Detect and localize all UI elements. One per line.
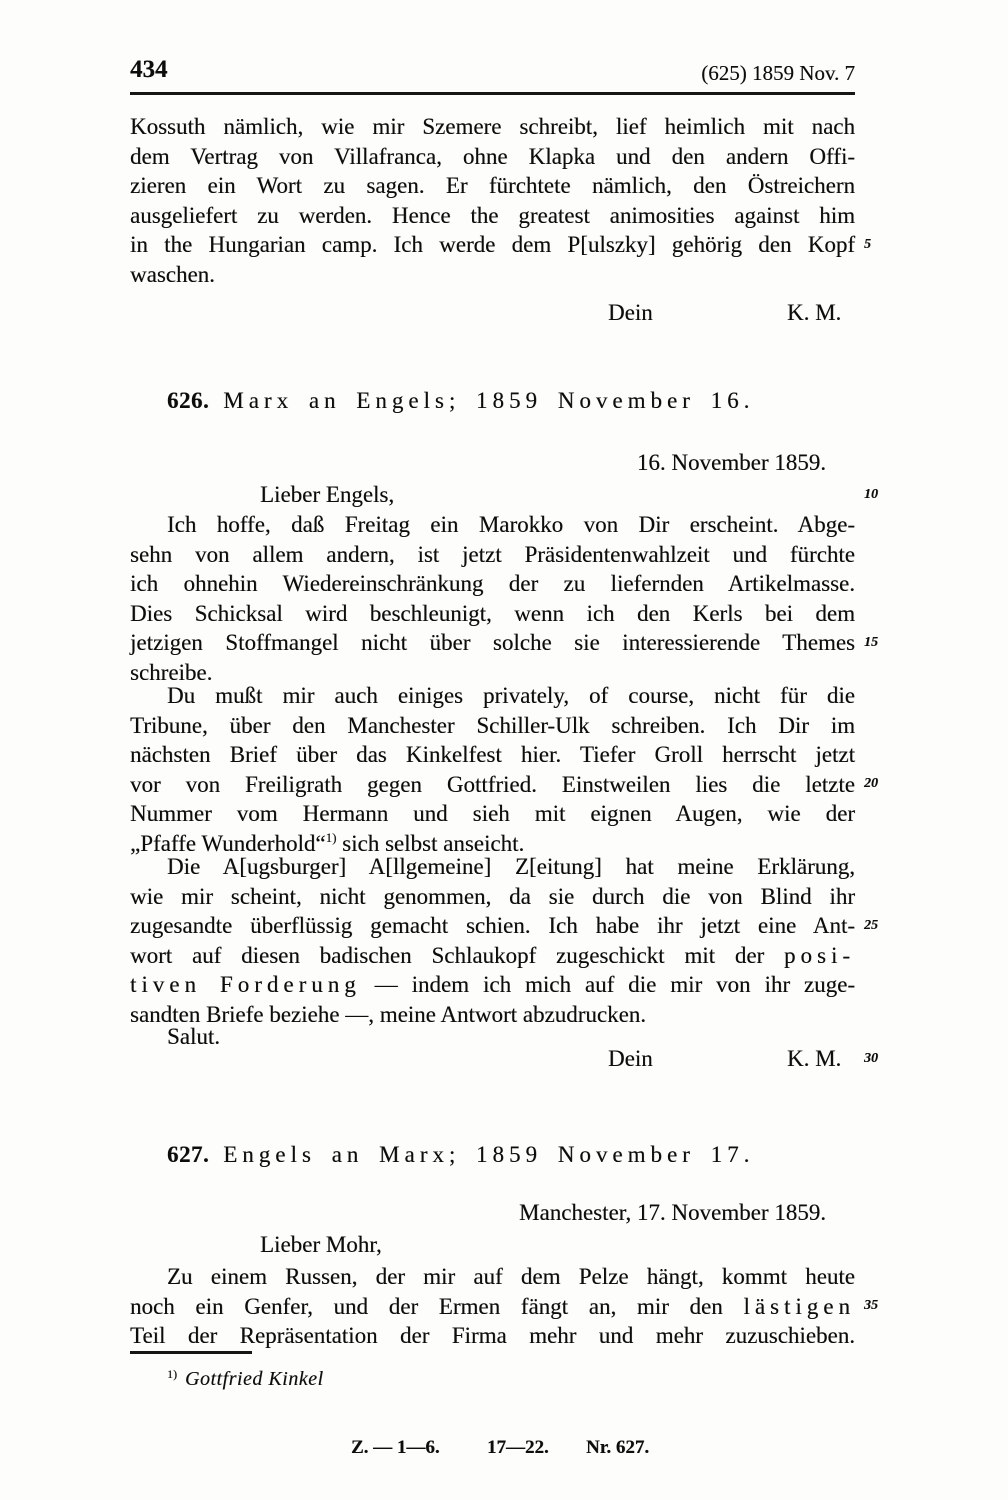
margin-line-number-10: 10 bbox=[864, 488, 878, 502]
letter-626-closing: Dein K. M. bbox=[130, 1044, 855, 1074]
text-line: zieren ein Wort zu sagen. Er fürchtete n… bbox=[130, 171, 855, 201]
text-line: Tribune, über den Manchester Schiller-Ul… bbox=[130, 711, 855, 741]
text-line: Zu einem Russen, der mir auf dem Pelze h… bbox=[130, 1262, 855, 1292]
text-line: Ich hoffe, daß Freitag ein Marokko von D… bbox=[130, 510, 855, 540]
signature-mark: Z. — 1—6. bbox=[351, 1435, 440, 1461]
text-line: Teil der Repräsentation der Firma mehr u… bbox=[130, 1321, 855, 1351]
margin-line-number-30: 30 bbox=[864, 1052, 878, 1066]
text-line: noch ein Genfer, und der Ermen fängt an,… bbox=[130, 1292, 855, 1322]
valediction: Dein bbox=[608, 1044, 653, 1074]
footnote-text: Gottfried Kinkel bbox=[185, 1368, 324, 1390]
letter-number: 627. bbox=[167, 1142, 209, 1167]
text-line: waschen. bbox=[130, 260, 855, 290]
emphasized-word: lästigen bbox=[743, 1294, 855, 1319]
letter-title: Marx an Engels; 1859 November 16. bbox=[223, 388, 754, 413]
letter-627-dateline: Manchester, 17. November 1859. bbox=[130, 1198, 855, 1228]
letter-626-heading: 626.Marx an Engels; 1859 November 16. bbox=[130, 386, 855, 416]
footer-signature-line: Z. — 1—6. 17—22. Nr. 627. bbox=[0, 1435, 1008, 1461]
letter-627-paragraph-1: Zu einem Russen, der mir auf dem Pelze h… bbox=[130, 1262, 855, 1351]
text-line: Dies Schicksal wird beschleunigt, wenn i… bbox=[130, 599, 855, 629]
text-line: tiven Forderung — indem ich mich auf die… bbox=[130, 970, 855, 1000]
margin-line-number-25: 25 bbox=[864, 919, 878, 933]
text-line: wort auf diesen badischen Schlaukopf zug… bbox=[130, 941, 855, 971]
letter-626-paragraph-1: Ich hoffe, daß Freitag ein Marokko von D… bbox=[130, 510, 855, 687]
letter-625-body: Kossuth nämlich, wie mir Szemere schreib… bbox=[130, 112, 855, 289]
text-fragment: noch ein Genfer, und der Ermen fängt an,… bbox=[130, 1294, 743, 1319]
text-line: Die A[ugsburger] A[llgemeine] Z[eitung] … bbox=[130, 852, 855, 882]
text-line: wie mir scheint, nicht genommen, da sie … bbox=[130, 882, 855, 912]
book-page: 434 (625) 1859 Nov. 7 Kossuth nämlich, w… bbox=[0, 0, 1008, 1500]
letter-number-mark: Nr. 627. bbox=[586, 1435, 649, 1461]
letter-627-heading: 627.Engels an Marx; 1859 November 17. bbox=[130, 1140, 855, 1170]
text-line: in the Hungarian camp. Ich werde dem P[u… bbox=[130, 230, 855, 260]
letter-number: 626. bbox=[167, 388, 209, 413]
letter-627-salutation: Lieber Mohr, bbox=[130, 1230, 855, 1260]
emphasized-word: tiven Forderung bbox=[130, 972, 361, 997]
text-line: Nummer vom Hermann und sieh mit eignen A… bbox=[130, 799, 855, 829]
letter-625-closing: Dein K. M. bbox=[130, 298, 855, 328]
footnote-reference: 1) bbox=[326, 830, 337, 845]
header-citation: (625) 1859 Nov. 7 bbox=[130, 61, 855, 86]
text-line: ich ohnehin Wiedereinschränkung der zu l… bbox=[130, 569, 855, 599]
text-line: nächsten Brief über das Kinkelfest hier.… bbox=[130, 740, 855, 770]
text-line: jetzigen Stoffmangel nicht über solche s… bbox=[130, 628, 855, 658]
margin-line-number-20: 20 bbox=[864, 777, 878, 791]
signature: K. M. bbox=[787, 298, 841, 328]
letter-title: Engels an Marx; 1859 November 17. bbox=[223, 1142, 754, 1167]
letter-626-dateline: 16. November 1859. bbox=[130, 448, 855, 478]
gathering-mark: 17—22. bbox=[487, 1435, 549, 1461]
margin-line-number-15: 15 bbox=[864, 636, 878, 650]
letter-626-paragraph-2: Du mußt mir auch einiges privately, of c… bbox=[130, 681, 855, 858]
text-line: Du mußt mir auch einiges privately, of c… bbox=[130, 681, 855, 711]
footnote-rule bbox=[130, 1351, 252, 1354]
valediction: Dein bbox=[608, 298, 653, 328]
text-line: sehn von allem andern, ist jetzt Präside… bbox=[130, 540, 855, 570]
text-line: Kossuth nämlich, wie mir Szemere schreib… bbox=[130, 112, 855, 142]
letter-626-paragraph-3: Die A[ugsburger] A[llgemeine] Z[eitung] … bbox=[130, 852, 855, 1029]
text-fragment: — indem ich mich auf die mir von ihr zug… bbox=[361, 972, 855, 997]
text-line: ausgeliefert zu werden. Hence the greate… bbox=[130, 201, 855, 231]
footnote: 1)Gottfried Kinkel bbox=[130, 1360, 855, 1388]
margin-line-number-5: 5 bbox=[864, 238, 871, 252]
text-line: dem Vertrag von Villafranca, ohne Klapka… bbox=[130, 142, 855, 172]
signature: K. M. bbox=[787, 1044, 841, 1074]
header-rule bbox=[130, 92, 855, 95]
text-line: zugesandte überflüssig gemacht schien. I… bbox=[130, 911, 855, 941]
margin-line-number-35: 35 bbox=[864, 1299, 878, 1313]
emphasized-word: posi- bbox=[784, 943, 855, 968]
footnote-marker: 1) bbox=[167, 1367, 177, 1381]
text-fragment: wort auf diesen badischen Schlaukopf zug… bbox=[130, 943, 784, 968]
letter-626-salutation: Lieber Engels, bbox=[130, 480, 855, 510]
text-line: vor von Freiligrath gegen Gottfried. Ein… bbox=[130, 770, 855, 800]
